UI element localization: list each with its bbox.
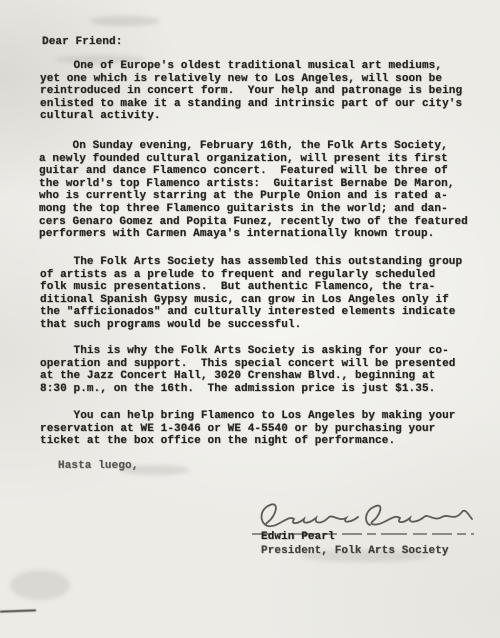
closing: Hasta luego, bbox=[58, 460, 138, 473]
scan-artifact-mark bbox=[0, 609, 36, 612]
paragraph-5: You can help bring Flamenco to Los Angel… bbox=[40, 410, 455, 448]
salutation: Dear Friend: bbox=[42, 36, 122, 49]
paragraph-4: This is why the Folk Arts Society is ask… bbox=[40, 345, 455, 395]
smudge-mark bbox=[90, 16, 160, 26]
smudge-mark bbox=[10, 570, 70, 600]
signature-title: President, Folk Arts Society bbox=[261, 545, 449, 558]
paragraph-3: The Folk Arts Society has assembled this… bbox=[40, 256, 462, 332]
paragraph-2: On Sunday evening, February 16th, the Fo… bbox=[39, 140, 468, 241]
paragraph-1: One of Europe's oldest traditional music… bbox=[40, 60, 462, 123]
letter-page: Dear Friend: One of Europe's oldest trad… bbox=[0, 0, 500, 638]
signature-name: Edwin Pearl bbox=[261, 531, 335, 544]
